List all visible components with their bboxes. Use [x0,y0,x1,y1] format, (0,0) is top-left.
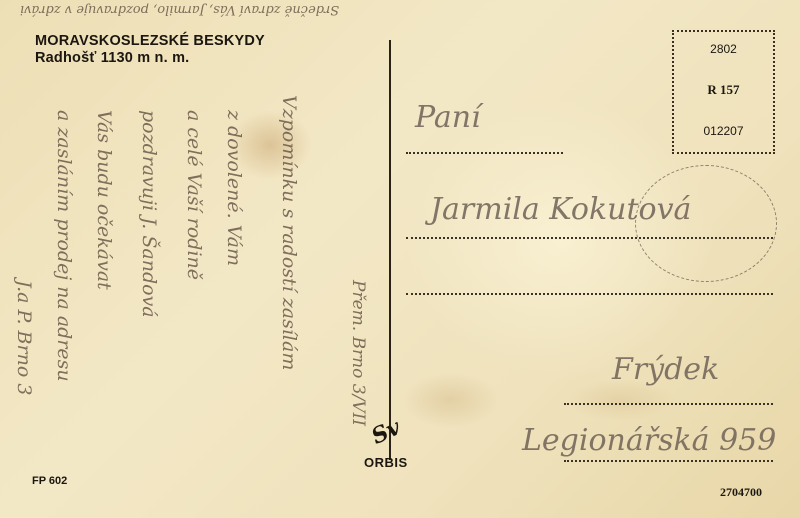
upside-down-handwriting: Srdečně zdraví Vás, Jarmilo, pozdravuje … [20,2,339,17]
catalog-code: FP 602 [32,475,67,487]
address-salutation: Paní [415,100,481,135]
message-line: pozdravuji J. Šandová [138,110,160,318]
signature-note: Přem. Brno 3/VII [348,280,368,426]
message-line: a celé Vaší rodině [183,110,205,280]
address-line-4 [564,403,773,405]
stamp-line-3: 012207 [703,124,743,138]
postcard-title: MORAVSKOSLEZSKÉ BESKYDY Radhošť 1130 m n… [35,33,265,67]
publisher-name: ORBIS [364,455,408,470]
address-name: Jarmila Kokutová [430,192,691,227]
address-line-3 [406,293,773,295]
serial-number: 2704700 [720,485,762,500]
address-line-2 [406,237,773,239]
message-line: Vzpomínku s radostí zasílám [278,95,300,370]
message-line: a zasláním prodej na adresu [53,110,75,382]
subtitle-text: Radhošť 1130 m n. m. [35,50,265,67]
postcard-back: Srdečně zdraví Vás, Jarmilo, pozdravuje … [0,0,800,518]
message-line: J.a P. Brno 3 [13,280,35,395]
address-city: Frýdek [612,352,719,387]
stamp-box: 2802 R 157 012207 [672,30,775,154]
title-text: MORAVSKOSLEZSKÉ BESKYDY [35,33,265,49]
stamp-line-2: R 157 [707,82,739,98]
stamp-line-1: 2802 [710,42,737,56]
message-line: Vás budu očekávat [93,110,115,290]
address-line-1 [406,152,563,154]
center-divider [389,40,391,460]
message-line: z dovolené. Vám [223,110,245,266]
address-line-5 [564,460,773,462]
address-street: Legionářská 959 [522,423,776,458]
